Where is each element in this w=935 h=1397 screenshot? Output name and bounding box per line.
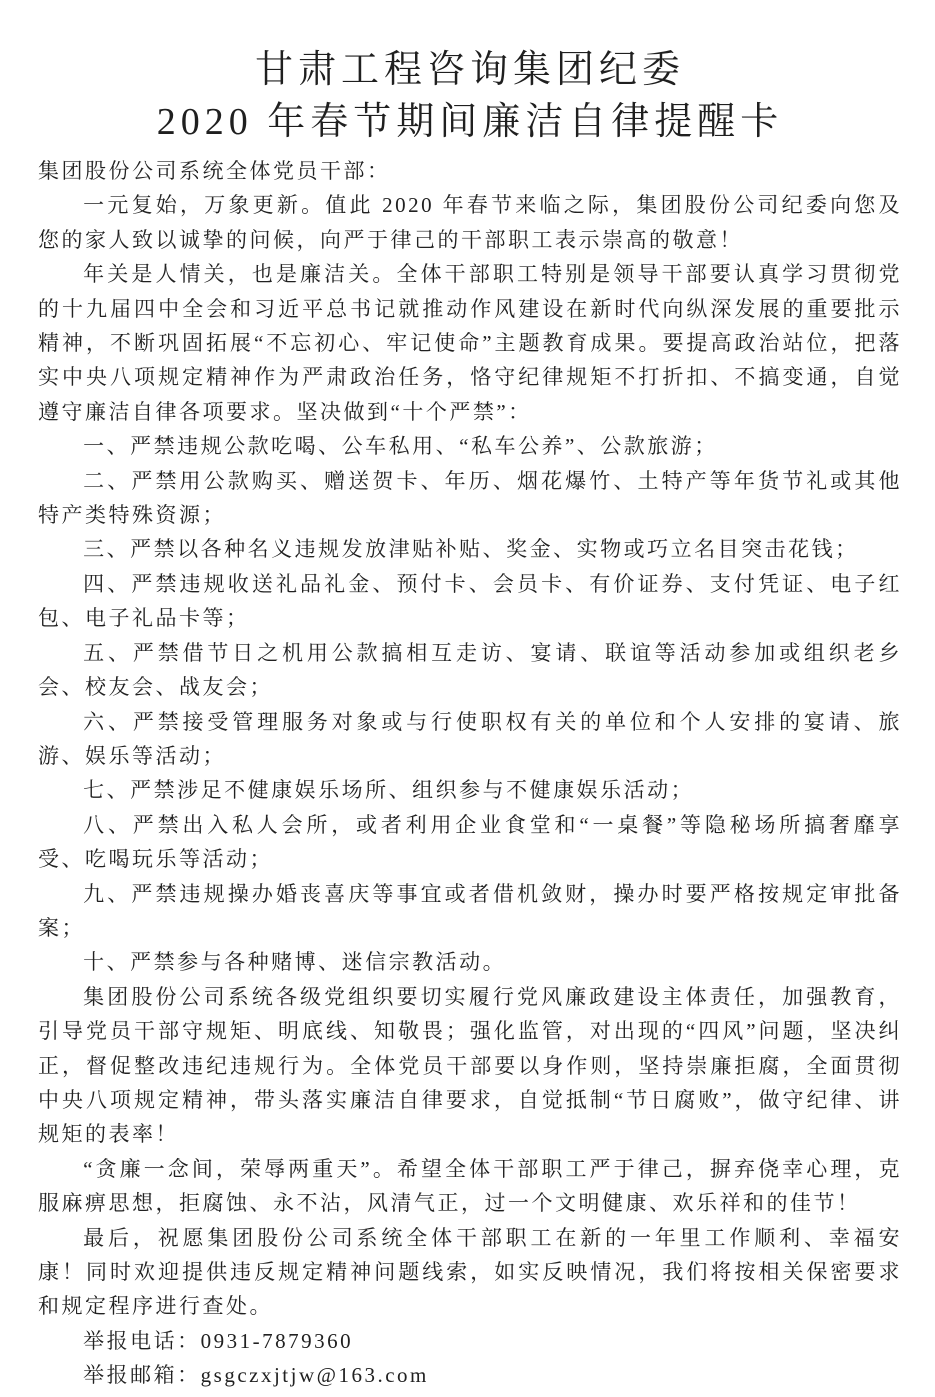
paragraph: 三、严禁以各种名义违规发放津贴补贴、奖金、实物或巧立名目突击花钱；: [38, 532, 902, 566]
paragraph: 举报电话：0931-7879360: [38, 1324, 902, 1358]
paragraph: “贪廉一念间，荣辱两重天”。希望全体干部职工严于律己，摒弃侥幸心理，克服麻痹思想…: [38, 1152, 902, 1221]
paragraph: 四、严禁违规收送礼品礼金、预付卡、会员卡、有价证券、支付凭证、电子红包、电子礼品…: [38, 567, 902, 636]
paragraph: 十、严禁参与各种赌博、迷信宗教活动。: [38, 945, 902, 979]
paragraph: 年关是人情关，也是廉洁关。全体干部职工特别是领导干部要认真学习贯彻党的十九届四中…: [38, 257, 902, 429]
paragraph: 九、严禁违规操办婚丧喜庆等事宜或者借机敛财，操办时要严格按规定审批备案；: [38, 877, 902, 946]
paragraph: 一、严禁违规公款吃喝、公车私用、“私车公养”、公款旅游；: [38, 429, 902, 463]
paragraph: 六、严禁接受管理服务对象或与行使职权有关的单位和个人安排的宴请、旅游、娱乐等活动…: [38, 705, 902, 774]
paragraph: 集团股份公司系统全体党员干部：: [38, 154, 902, 188]
document-page: 甘肃工程咨询集团纪委 2020 年春节期间廉洁自律提醒卡 集团股份公司系统全体党…: [0, 0, 935, 1397]
paragraph: 集团股份公司系统各级党组织要切实履行党风廉政建设主体责任，加强教育，引导党员干部…: [38, 980, 902, 1152]
paragraph: 五、严禁借节日之机用公款搞相互走访、宴请、联谊等活动参加或组织老乡会、校友会、战…: [38, 636, 902, 705]
document-body: 集团股份公司系统全体党员干部：一元复始，万象更新。值此 2020 年春节来临之际…: [38, 154, 902, 1393]
paragraph: 七、严禁涉足不健康娱乐场所、组织参与不健康娱乐活动；: [38, 773, 902, 807]
paragraph: 举报邮箱：gsgczxjtjw@163.com: [38, 1358, 902, 1392]
paragraph: 八、严禁出入私人会所，或者利用企业食堂和“一桌餐”等隐秘场所搞奢靡享受、吃喝玩乐…: [38, 808, 902, 877]
paragraph: 最后，祝愿集团股份公司系统全体干部职工在新的一年里工作顺利、幸福安康！同时欢迎提…: [38, 1221, 902, 1324]
document-header: 甘肃工程咨询集团纪委 2020 年春节期间廉洁自律提醒卡: [38, 44, 902, 148]
paragraph: 二、严禁用公款购买、赠送贺卡、年历、烟花爆竹、土特产等年货节礼或其他特产类特殊资…: [38, 464, 902, 533]
paragraph: 一元复始，万象更新。值此 2020 年春节来临之际，集团股份公司纪委向您及您的家…: [38, 188, 902, 257]
document-title-line-1: 甘肃工程咨询集团纪委: [38, 44, 902, 96]
document-title-line-2: 2020 年春节期间廉洁自律提醒卡: [38, 96, 902, 148]
